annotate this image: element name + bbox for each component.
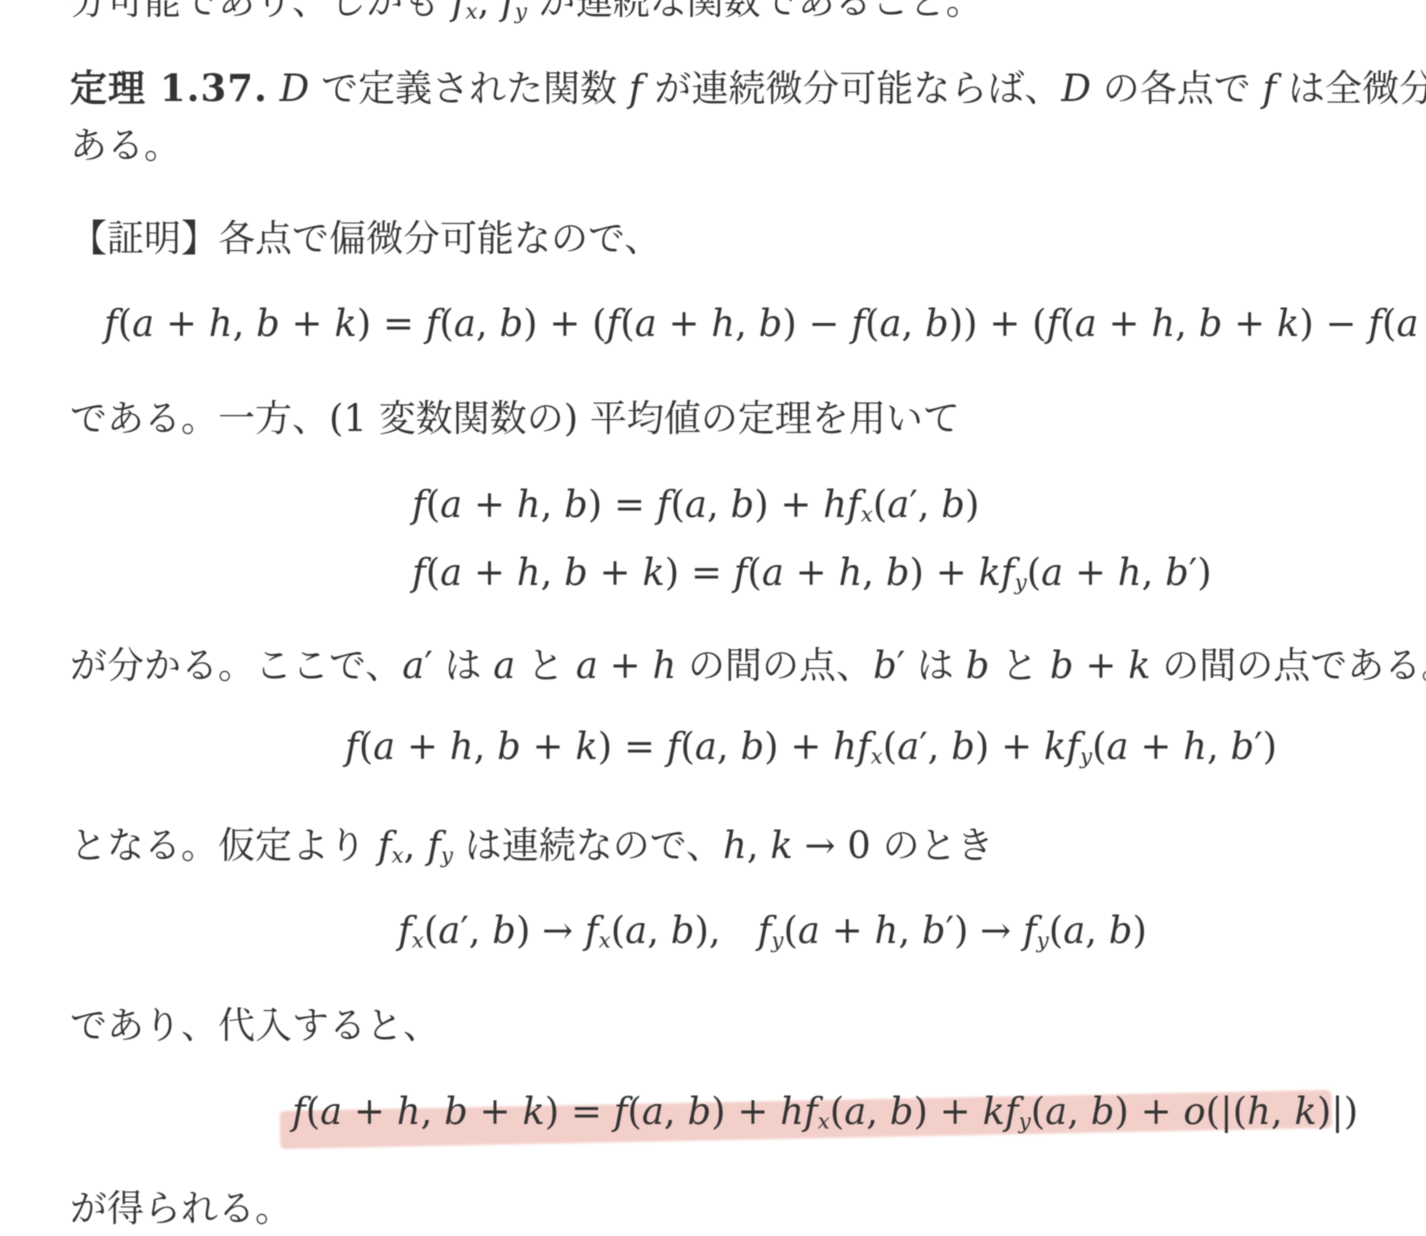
text-segment: は連続なので、 <box>453 824 723 867</box>
math-segment: b <box>966 644 990 687</box>
line-eq1: f(a + h, b + k) = f(a, b) + (f(a + h, b)… <box>104 305 1426 342</box>
text-segment: が分かる。ここで、 <box>70 644 402 687</box>
math-segment: b′ <box>873 644 905 687</box>
line-theorem: 定理 1.37. D で定義された関数 f が連続微分可能ならば、D の各点で … <box>70 70 1426 107</box>
text-segment: である。一方、(1 変数関数の) 平均値の定理を用いて <box>70 397 960 440</box>
text-segment: 定理 1.37. <box>70 66 268 110</box>
text-segment: の間の点である。すると <box>1151 644 1426 687</box>
math-segment: f <box>1263 67 1277 110</box>
math-segment: b + k <box>1050 644 1151 687</box>
math-segment: f(a + h, b + k) = f(a, b) + hfx(a′, b) +… <box>345 725 1277 768</box>
text-segment: 【証明】各点で偏微分可能なので、 <box>70 217 661 260</box>
line-continuity: となる。仮定より fx, fy は連続なので、h, k → 0 のとき <box>70 827 994 864</box>
text-segment: の各点で <box>1091 67 1263 110</box>
math-segment: f(a + h, b + k) = f(a, b) + hfx(a, b) + … <box>292 1090 1358 1133</box>
text-segment: が連続な関数であること。 <box>527 0 983 23</box>
text-segment: 分可能であり、しかも <box>70 0 452 23</box>
math-segment: a + h <box>576 644 676 687</box>
text-segment: が得られる。 <box>70 1187 292 1230</box>
text-segment <box>268 67 280 110</box>
math-segment: f(a + h, b + k) = f(a, b) + (f(a + h, b)… <box>104 302 1426 345</box>
text-segment: の間の点、 <box>676 644 873 687</box>
line-eq5: f(a + h, b + k) = f(a, b) + hfx(a, b) + … <box>292 1093 1358 1130</box>
line-between-points: が分かる。ここで、a′ は a と a + h の間の点、b′ は b と b … <box>70 647 1426 684</box>
math-segment: f(a + h, b) = f(a, b) + hfx(a′, b) <box>412 483 979 526</box>
text-segment: は <box>905 644 966 687</box>
line-eq3: f(a + h, b + k) = f(a, b) + hfx(a′, b) +… <box>345 728 1277 765</box>
text-segment: ある。 <box>70 124 181 167</box>
text-segment: で定義された関数 <box>309 67 629 110</box>
math-segment: f(a + h, b + k) = f(a + h, b) + kfy(a + … <box>412 551 1212 594</box>
line-substitute: であり、代入すると、 <box>70 1007 440 1044</box>
line-theorem-cont: ある。 <box>70 127 181 164</box>
math-segment: fx(a′, b) → fx(a, b), fy(a + h, b′) → fy… <box>398 909 1147 952</box>
math-segment: D <box>280 67 310 110</box>
math-segment: D <box>1061 67 1091 110</box>
math-segment: f <box>629 67 643 110</box>
text-segment: であり、代入すると、 <box>70 1004 440 1047</box>
line-conclusion: が得られる。 <box>70 1190 292 1227</box>
line-proof-start: 【証明】各点で偏微分可能なので、 <box>70 220 661 257</box>
line-eq4: fx(a′, b) → fx(a, b), fy(a + h, b′) → fy… <box>398 912 1147 949</box>
math-segment: fx, fy <box>452 0 527 23</box>
math-segment: h, k → 0 <box>723 824 871 867</box>
math-segment: a <box>493 644 515 687</box>
text-segment: が連続微分可能ならば、 <box>643 67 1062 110</box>
text-segment: は全微分可能 <box>1276 67 1426 110</box>
text-segment: となる。仮定より <box>70 824 378 867</box>
text-segment: と <box>989 644 1050 687</box>
line-mvt-intro: である。一方、(1 変数関数の) 平均値の定理を用いて <box>70 400 960 437</box>
text-segment: と <box>515 644 576 687</box>
line-eq2b: f(a + h, b + k) = f(a + h, b) + kfy(a + … <box>412 554 1212 591</box>
text-segment: のとき <box>871 824 994 867</box>
text-segment: は <box>433 644 494 687</box>
document-page: 分可能であり、しかも fx, fy が連続な関数であること。定理 1.37. D… <box>0 0 1426 1236</box>
line-eq2a: f(a + h, b) = f(a, b) + hfx(a′, b) <box>412 486 979 523</box>
math-segment: a′ <box>402 644 432 687</box>
line-intro-cut: 分可能であり、しかも fx, fy が連続な関数であること。 <box>70 0 983 20</box>
math-segment: fx, fy <box>378 824 453 867</box>
